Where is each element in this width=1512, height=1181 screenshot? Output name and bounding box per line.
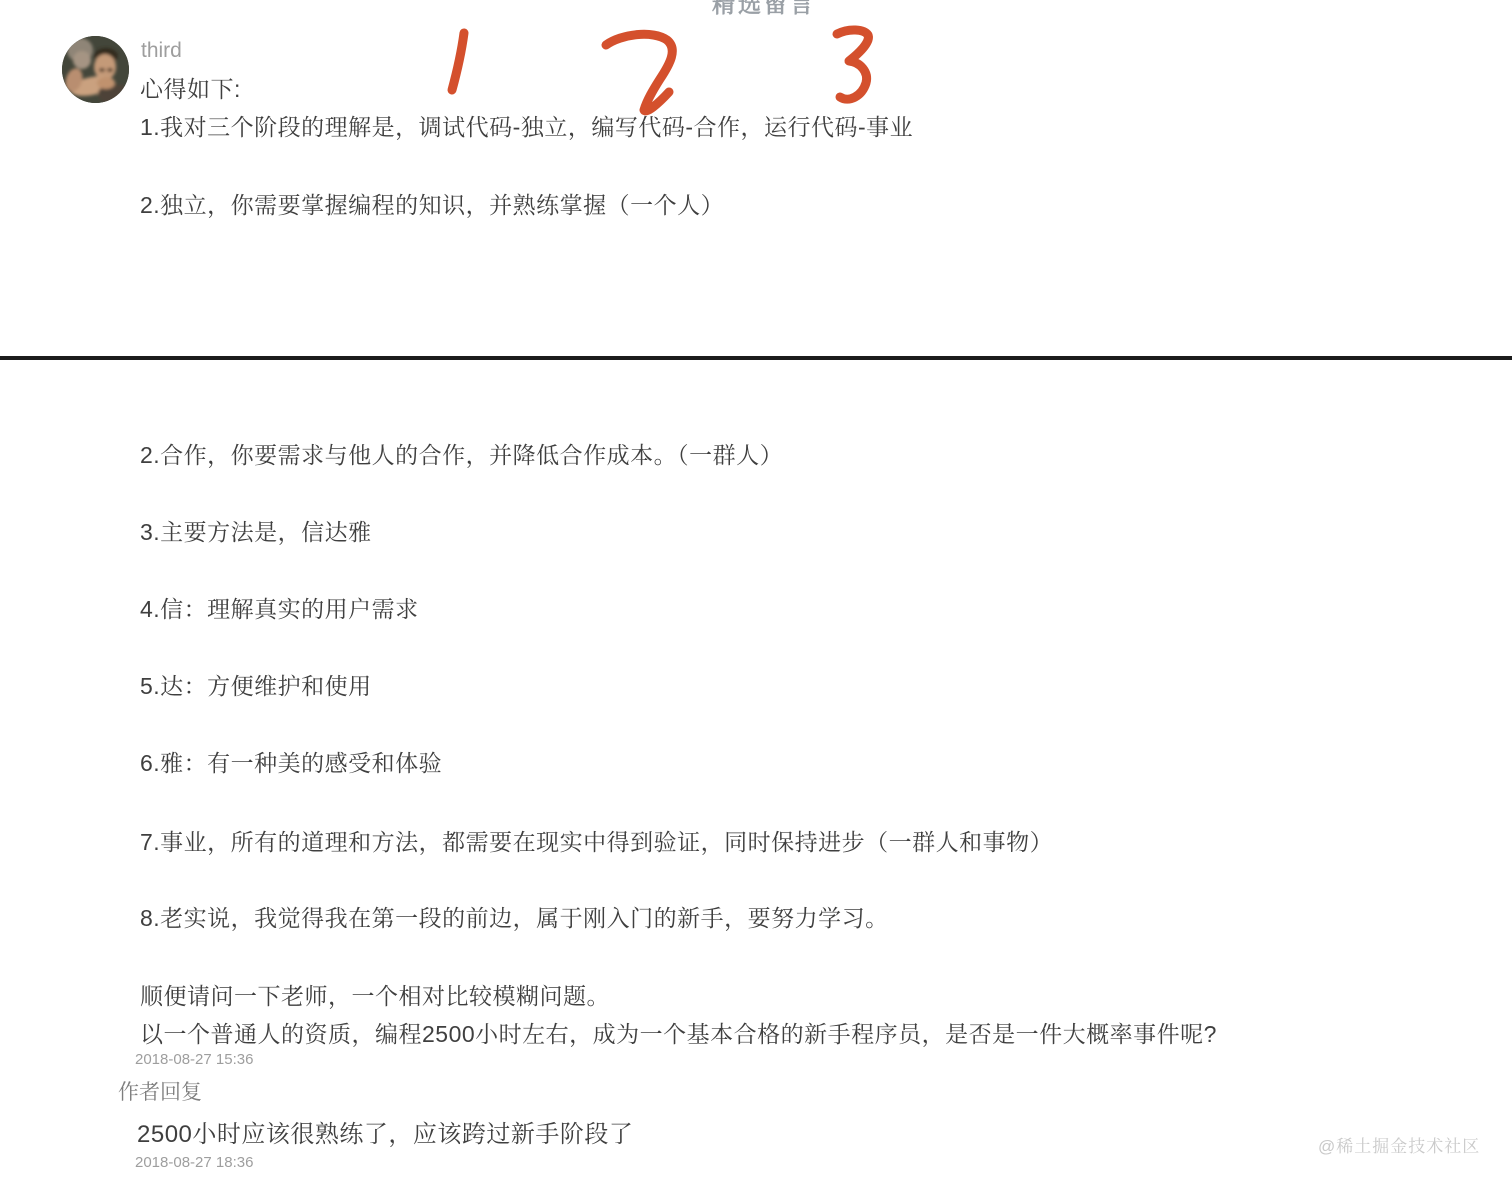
author-reply-text: 2500小时应该很熟练了，应该跨过新手阶段了 [137, 1114, 633, 1149]
comment-question-line-1: 顺便请问一下老师，一个相对比较模糊问题。 [140, 978, 610, 1011]
handwritten-mark-2 [606, 34, 672, 111]
comment-paragraph-9: 8.老实说，我觉得我在第一段的前边，属于刚入门的新手，要努力学习。 [140, 900, 889, 933]
comment-paragraph-3: 2.合作，你要需求与他人的合作，并降低合作成本。（一群人） [140, 437, 783, 470]
comment-question-line-2: 以一个普通人的资质，编程2500小时左右，成为一个基本合格的新手程序员，是否是一… [140, 1016, 1217, 1049]
comment-screenshot: 精选留言 third 心得如下: 1.我对 [0, 0, 1512, 1181]
avatar [62, 36, 129, 103]
comment-intro-line: 心得如下: [140, 71, 241, 104]
comment-paragraph-8: 7.事业，所有的道理和方法，都需要在现实中得到验证，同时保持进步（一群人和事物） [140, 824, 1053, 857]
page-split-divider [0, 356, 1512, 360]
watermark: @稀土掘金技术社区 [1318, 1132, 1480, 1157]
handwritten-mark-3 [837, 30, 868, 99]
comment-timestamp: 2018-08-27 15:36 [135, 1051, 253, 1068]
avatar-photo [62, 36, 129, 103]
comment-paragraph-5: 4.信：理解真实的用户需求 [140, 591, 419, 624]
handwritten-mark-1 [452, 33, 464, 90]
section-title-partial: 精选留言 [712, 0, 816, 19]
comment-paragraph-4: 3.主要方法是，信达雅 [140, 514, 372, 547]
comment-paragraph-2: 2.独立，你需要掌握编程的知识，并熟练掌握（一个人） [140, 187, 724, 220]
comment-paragraph-1: 1.我对三个阶段的理解是，调试代码-独立，编写代码-合作，运行代码-事业 [140, 109, 913, 142]
comment-username: third [141, 39, 182, 63]
comment-paragraph-7: 6.雅：有一种美的感受和体验 [140, 745, 442, 778]
author-reply-timestamp: 2018-08-27 18:36 [135, 1154, 253, 1171]
author-reply-label: 作者回复 [118, 1076, 202, 1106]
comment-paragraph-6: 5.达：方便维护和使用 [140, 668, 372, 701]
